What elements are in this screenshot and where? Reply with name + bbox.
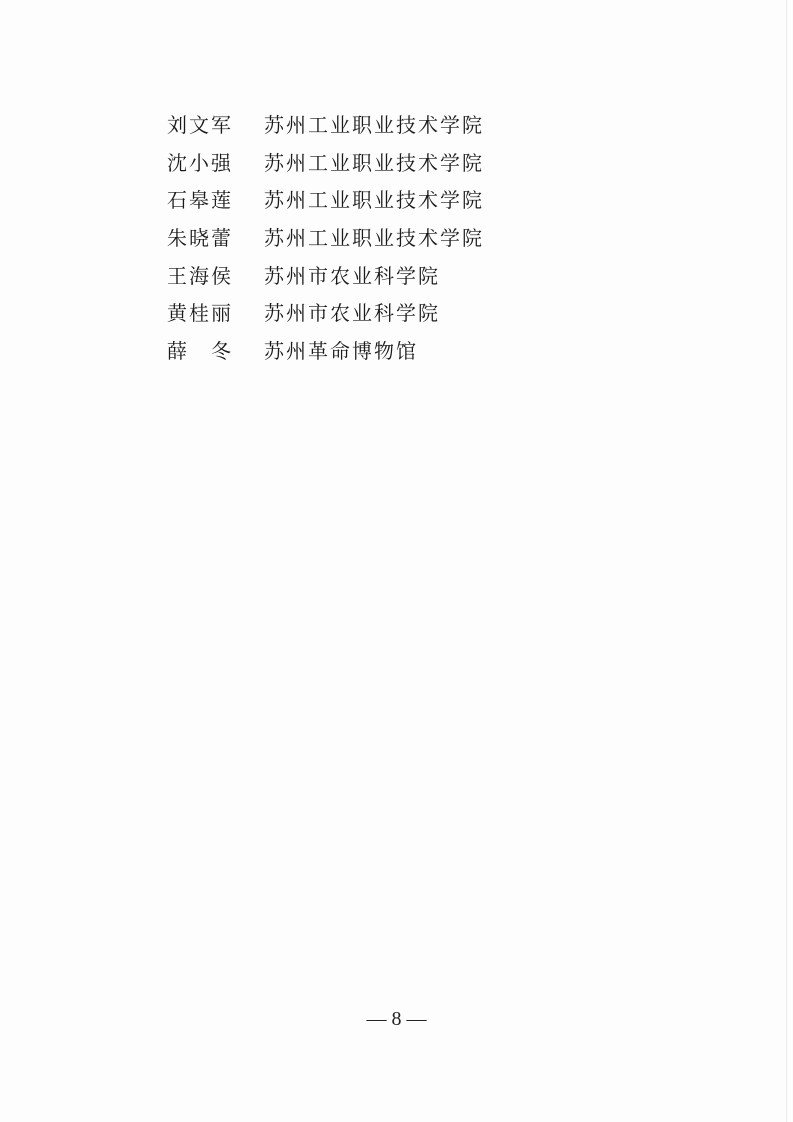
organization-name: 苏州工业职业技术学院 <box>264 145 484 183</box>
person-name: 黄桂丽 <box>167 295 237 333</box>
page-number: — 8 — <box>0 1008 793 1031</box>
person-name: 薛 冬 <box>167 333 237 371</box>
person-name: 刘文军 <box>167 107 237 145</box>
person-name: 王海侯 <box>167 258 237 296</box>
organization-name: 苏州市农业科学院 <box>264 295 440 333</box>
organization-name: 苏州市农业科学院 <box>264 258 440 296</box>
person-name: 石皋莲 <box>167 182 237 220</box>
organization-name: 苏州工业职业技术学院 <box>264 220 484 258</box>
person-name: 沈小强 <box>167 145 237 183</box>
scan-edge <box>786 0 787 1122</box>
document-page: 刘文军 苏州工业职业技术学院 沈小强 苏州工业职业技术学院 石皋莲 苏州工业职业… <box>0 0 793 1122</box>
organization-name: 苏州工业职业技术学院 <box>264 182 484 220</box>
organization-name: 苏州革命博物馆 <box>264 333 418 371</box>
person-name: 朱晓蕾 <box>167 220 237 258</box>
organization-name: 苏州工业职业技术学院 <box>264 107 484 145</box>
